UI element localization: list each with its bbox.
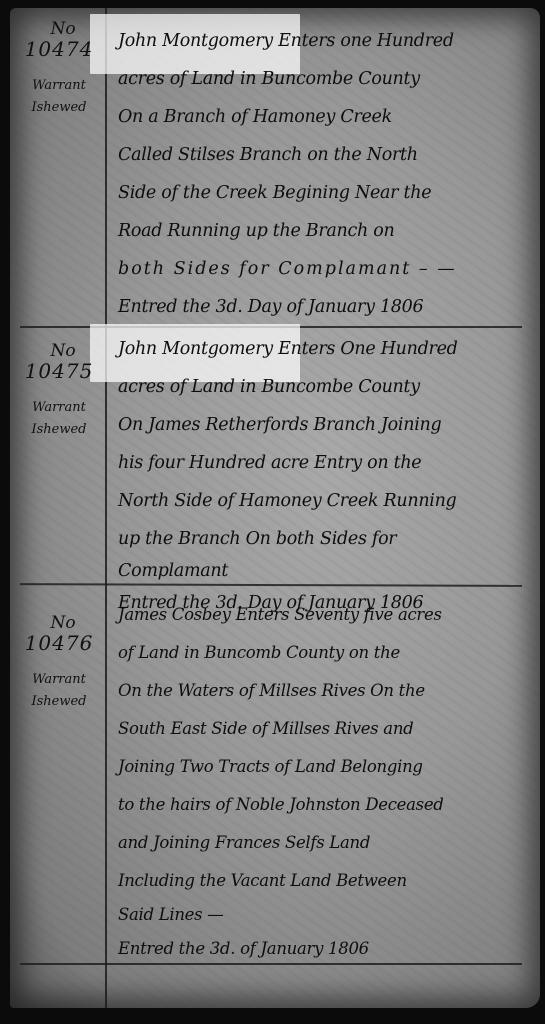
entry-line: acres of Land in Buncombe County — [118, 60, 526, 98]
entry-margin: No 10474 Warrant Ishewed — [16, 20, 102, 116]
entry-date-line: Entred the 3d. Day of January 1806 — [118, 288, 526, 326]
entry-line: Road Running up the Branch on — [118, 212, 526, 250]
entry-line: James Cosbey Enters Seventy five acres — [118, 596, 526, 634]
entry-line: to the hairs of Noble Johnston Deceased — [118, 786, 526, 824]
entry-line: On the Waters of Millses Rives On the — [118, 672, 526, 710]
entry-margin: No 10476 Warrant Ishewed — [16, 614, 102, 710]
entry-line: Joining Two Tracts of Land Belonging — [118, 748, 526, 786]
entry-line: Complamant — [118, 558, 526, 584]
entry-text: John Montgomery Enters one Hundred acres… — [118, 22, 526, 326]
entry-text: James Cosbey Enters Seventy five acres o… — [118, 596, 526, 968]
ledger-page: No 10474 Warrant Ishewed John Montgomery… — [10, 8, 540, 1008]
entry-line: On James Retherfords Branch Joining — [118, 406, 526, 444]
entry-no-label: No — [24, 342, 102, 360]
entry-line: North Side of Hamoney Creek Running — [118, 482, 526, 520]
entry-line: acres of Land in Buncombe County — [118, 368, 526, 406]
entry-no-label: No — [24, 614, 102, 632]
entry-line: of Land in Buncomb County on the — [118, 634, 526, 672]
entry-line: John Montgomery Enters one Hundred — [118, 22, 526, 60]
entry-text: John Montgomery Enters One Hundred acres… — [118, 330, 526, 622]
entry-line: Including the Vacant Land Between — [118, 862, 526, 900]
entry-number: 10476 — [16, 632, 102, 654]
entry-line: Side of the Creek Begining Near the — [118, 174, 526, 212]
entry-line: Said Lines — — [118, 900, 526, 930]
entry-date-line: Entred the 3d. of January 1806 — [118, 930, 526, 968]
entry-line: South East Side of Millses Rives and — [118, 710, 526, 748]
entry-line: On a Branch of Hamoney Creek — [118, 98, 526, 136]
warrant-status: Ishewed — [16, 422, 102, 438]
entry-margin: No 10475 Warrant Ishewed — [16, 342, 102, 438]
warrant-label: Warrant — [16, 78, 102, 94]
entry-line: and Joining Frances Selfs Land — [118, 824, 526, 862]
entry-number: 10475 — [16, 360, 102, 382]
warrant-label: Warrant — [16, 400, 102, 416]
warrant-status: Ishewed — [16, 694, 102, 710]
warrant-status: Ishewed — [16, 100, 102, 116]
entry-no-label: No — [24, 20, 102, 38]
entry-line: John Montgomery Enters One Hundred — [118, 330, 526, 368]
warrant-label: Warrant — [16, 672, 102, 688]
entry-line: up the Branch On both Sides for — [118, 520, 526, 558]
entry-line: both Sides for Complamant – — — [118, 250, 526, 288]
entry-line: Called Stilses Branch on the North — [118, 136, 526, 174]
entry-number: 10474 — [16, 38, 102, 60]
margin-column-rule — [105, 8, 107, 1008]
entry-line: his four Hundred acre Entry on the — [118, 444, 526, 482]
